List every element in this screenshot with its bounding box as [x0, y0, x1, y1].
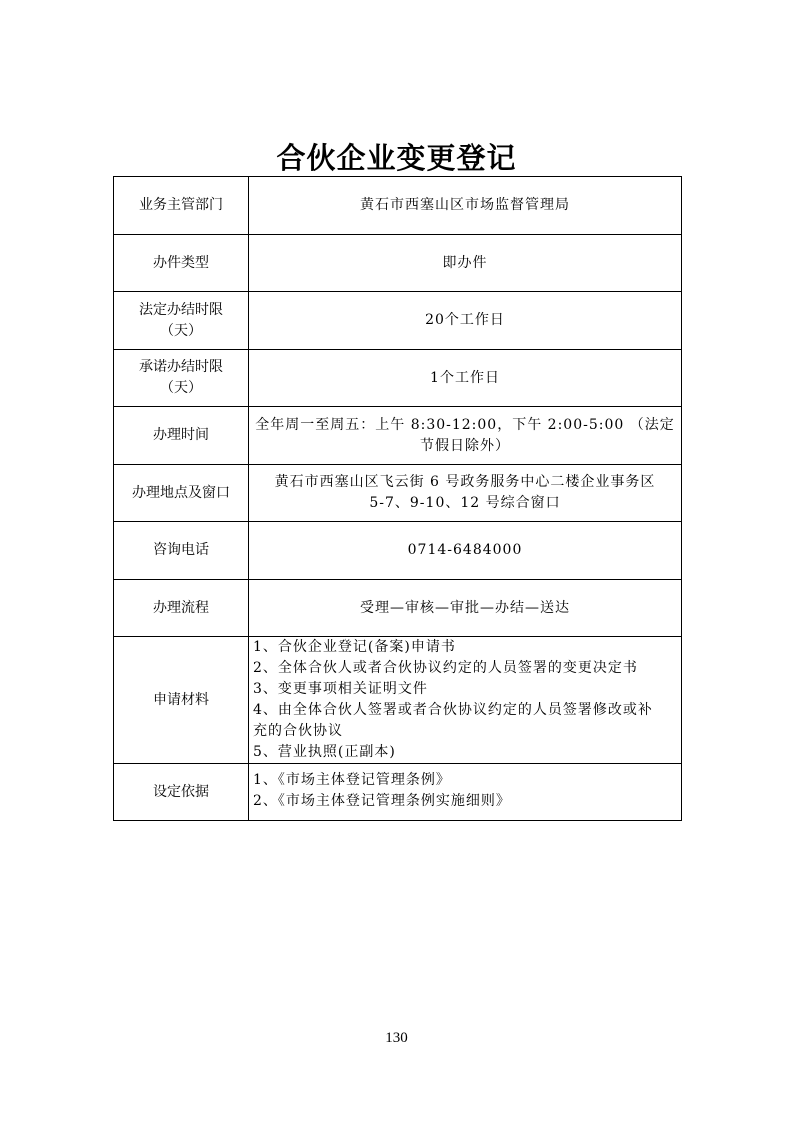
label-basis: 设定依据 [114, 764, 249, 821]
table-row-type: 办件类型 即办件 [114, 235, 682, 292]
info-table: 业务主管部门 黄石市西塞山区市场监督管理局 办件类型 即办件 法定办结时限 （天… [113, 176, 682, 821]
table-row-location: 办理地点及窗口 黄石市西塞山区飞云街 6 号政务服务中心二楼企业事务区 5-7、… [114, 465, 682, 522]
material-item: 4、由全体合伙人签署或者合伙协议约定的人员签署修改或补 [253, 700, 677, 721]
value-line: 全年周一至周五：上午 8:30-12:00，下午 2:00-5:00 （法定 [253, 415, 677, 436]
value-materials: 1、合伙企业登记(备案)申请书 2、全体合伙人或者合伙协议约定的人员签署的变更决… [249, 637, 682, 764]
label-location: 办理地点及窗口 [114, 465, 249, 522]
value-line: 节假日除外） [253, 436, 677, 457]
basis-item: 2、《市场主体登记管理条例实施细则》 [253, 791, 677, 812]
label-line: 承诺办结时限 [118, 357, 244, 378]
label-line: 法定办结时限 [118, 300, 244, 321]
label-materials: 申请材料 [114, 637, 249, 764]
table-row-hours: 办理时间 全年周一至周五：上午 8:30-12:00，下午 2:00-5:00 … [114, 407, 682, 465]
value-process: 受理—审核—审批—办结—送达 [249, 580, 682, 637]
table-row-phone: 咨询电话 0714-6484000 [114, 522, 682, 580]
value-hours: 全年周一至周五：上午 8:30-12:00，下午 2:00-5:00 （法定 节… [249, 407, 682, 465]
value-department: 黄石市西塞山区市场监督管理局 [249, 177, 682, 235]
material-item: 3、变更事项相关证明文件 [253, 679, 677, 700]
material-item: 1、合伙企业登记(备案)申请书 [253, 637, 677, 658]
label-line: （天） [118, 321, 244, 342]
value-legal-limit: 20个工作日 [249, 292, 682, 350]
value-line: 黄石市西塞山区飞云街 6 号政务服务中心二楼企业事务区 [253, 472, 677, 493]
table-row-department: 业务主管部门 黄石市西塞山区市场监督管理局 [114, 177, 682, 235]
table-row-materials: 申请材料 1、合伙企业登记(备案)申请书 2、全体合伙人或者合伙协议约定的人员签… [114, 637, 682, 764]
value-location: 黄石市西塞山区飞云街 6 号政务服务中心二楼企业事务区 5-7、9-10、12 … [249, 465, 682, 522]
value-line: 5-7、9-10、12 号综合窗口 [253, 493, 677, 514]
label-promised-limit: 承诺办结时限 （天） [114, 350, 249, 407]
label-hours: 办理时间 [114, 407, 249, 465]
value-basis: 1、《市场主体登记管理条例》 2、《市场主体登记管理条例实施细则》 [249, 764, 682, 821]
table-row-basis: 设定依据 1、《市场主体登记管理条例》 2、《市场主体登记管理条例实施细则》 [114, 764, 682, 821]
document-title: 合伙企业变更登记 [0, 138, 793, 178]
value-promised-limit: 1个工作日 [249, 350, 682, 407]
label-department: 业务主管部门 [114, 177, 249, 235]
material-item: 充的合伙协议 [253, 721, 677, 742]
label-type: 办件类型 [114, 235, 249, 292]
table-row-promised-limit: 承诺办结时限 （天） 1个工作日 [114, 350, 682, 407]
value-type: 即办件 [249, 235, 682, 292]
label-line: （天） [118, 378, 244, 399]
value-phone: 0714-6484000 [249, 522, 682, 580]
page-number: 130 [0, 1030, 793, 1047]
label-process: 办理流程 [114, 580, 249, 637]
label-phone: 咨询电话 [114, 522, 249, 580]
material-item: 5、营业执照(正副本) [253, 742, 677, 763]
table-row-process: 办理流程 受理—审核—审批—办结—送达 [114, 580, 682, 637]
table-row-legal-limit: 法定办结时限 （天） 20个工作日 [114, 292, 682, 350]
basis-item: 1、《市场主体登记管理条例》 [253, 770, 677, 791]
material-item: 2、全体合伙人或者合伙协议约定的人员签署的变更决定书 [253, 658, 677, 679]
label-legal-limit: 法定办结时限 （天） [114, 292, 249, 350]
